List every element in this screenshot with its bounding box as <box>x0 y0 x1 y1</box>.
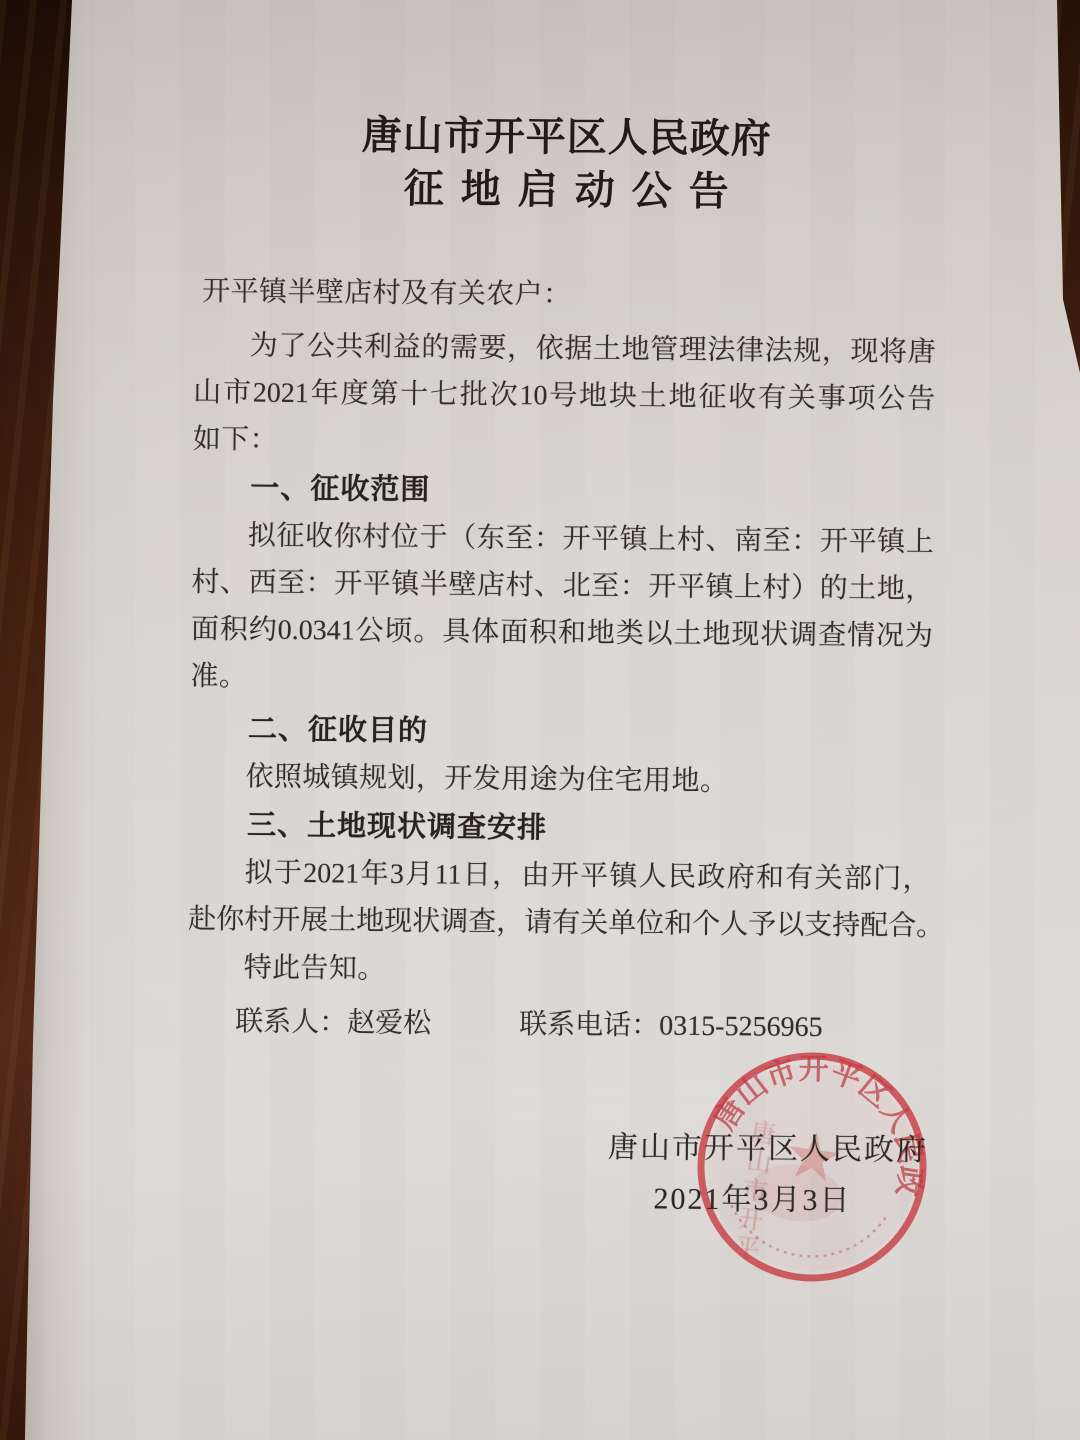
closing-line: 特此告知。 <box>188 948 930 995</box>
intro-line: 如下： <box>193 420 935 467</box>
document-title-line1: 唐山市开平区人民政府 <box>195 110 937 165</box>
document-title-line2: 征地启动公告 <box>195 163 937 218</box>
section-heading: 二、征收目的 <box>248 710 428 752</box>
section-line: 村、西至：开平镇半壁店村、北至：开平镇上村）的土地， <box>191 563 933 610</box>
intro-line: 为了公共利益的需要，依据土地管理法律法规，现将唐 <box>193 326 935 373</box>
section-line: 面积约0.0341公顷。具体面积和地类以土地现状调查情况为 <box>191 610 933 657</box>
section-heading: 三、土地现状调查安排 <box>247 806 547 849</box>
contact-phone-label: 联系电话： <box>519 1009 659 1041</box>
contact-spacer <box>431 1032 519 1033</box>
contact-person-label: 联系人： <box>235 1006 347 1038</box>
intro-line: 山市2021年度第十七批次10号地块土地征收有关事项公告 <box>193 373 935 420</box>
signature-organization: 唐山市开平区人民政府 <box>186 1118 928 1169</box>
signature-date: 2021年3月3日 <box>185 1169 927 1220</box>
section-line: 依照城镇规划，开发用途为住宅用地。 <box>189 757 931 804</box>
section-line: 拟征收你村位于（东至：开平镇上村、南至：开平镇上 <box>192 516 934 563</box>
salutation: 开平镇半壁店村及有关农户： <box>202 272 944 319</box>
notice-document: 唐山市开平区人民政府 征地启动公告 开平镇半壁店村及有关农户： 为了公共利益的需… <box>185 0 939 1267</box>
section-line: 准。 <box>190 657 932 704</box>
contact-person-name: 赵爱松 <box>347 1007 431 1039</box>
wood-desk-background: 唐山市开平区人民政府 ★ 唐山市开平 唐山市开平区人民政府 征地启动公告 开平镇… <box>0 0 1080 1440</box>
section-line: 赴你村开展土地现状调查，请有关单位和个人予以支持配合。 <box>188 900 930 947</box>
contact-line: 联系人：赵爱松联系电话：0315-5256965 <box>235 1002 823 1048</box>
paper-sheet: 唐山市开平区人民政府 ★ 唐山市开平 唐山市开平区人民政府 征地启动公告 开平镇… <box>0 0 1080 1440</box>
contact-phone-number: 0315-5256965 <box>659 1010 823 1043</box>
section-heading: 一、征收范围 <box>250 469 430 511</box>
section-line: 拟于2021年3月11日，由开平镇人民政府和有关部门， <box>188 853 930 900</box>
